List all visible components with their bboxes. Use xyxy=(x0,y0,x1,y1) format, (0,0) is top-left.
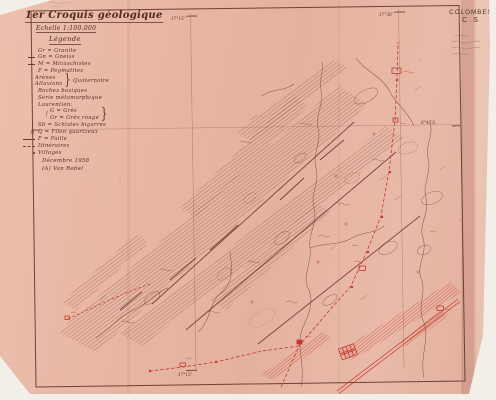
legend-row-pegmatites: P = Pegmatites xyxy=(22,68,192,75)
legend-row-gneiss: Gn = Gneiss xyxy=(22,54,192,61)
brace-glyph: } xyxy=(64,72,71,91)
legend-group-quaternaire: Arènes Alluvions } Quaternaire xyxy=(35,75,192,89)
legend-row-itineraires: Itinéraires xyxy=(22,143,192,150)
legend-row-villages: Villages xyxy=(22,150,192,157)
legend-row-serie-metamorphique: Série métamorphique xyxy=(22,95,192,102)
margin-scribble xyxy=(48,2,72,7)
legend-row-micaschistes: M = Micaschistes xyxy=(22,61,192,68)
sheet-name: COLOMBES xyxy=(447,9,495,16)
graticule-label-lat-right: 8°45'S xyxy=(421,120,435,125)
quaternaire-item-alluvions: Alluvions xyxy=(35,81,62,88)
legend-list: Gr = Granite Gn = Gneiss M = Micaschiste… xyxy=(22,48,192,157)
faille-symbol xyxy=(22,139,35,140)
filon-symbol: // xyxy=(22,129,35,137)
legend-row-roches-basiques: Roches basiques xyxy=(22,88,192,95)
micaschistes-symbol xyxy=(22,64,35,65)
sheet-corner-label: COLOMBES C.S xyxy=(447,9,495,24)
gres-symbol: / xyxy=(35,111,48,119)
village-symbol xyxy=(22,152,35,154)
itineraire-symbol xyxy=(22,146,35,147)
brace-glyph: } xyxy=(101,106,108,125)
quaternaire-label: Quaternaire xyxy=(73,78,109,85)
scanned-map-sheet: 1er Croquis géologique Echelle 1:100.000… xyxy=(0,0,496,400)
graticule-label-lon-right-top: 17°30' xyxy=(379,12,393,17)
sheet-code: C.S xyxy=(447,17,495,24)
legend-group-gres: / G = Grès Gr = Grès rouge } xyxy=(35,108,192,122)
title-block: 1er Croquis géologique Echelle 1:100.000… xyxy=(22,10,192,157)
paper-sheet: 1er Croquis géologique Echelle 1:100.000… xyxy=(0,0,496,400)
map-author: (A) Van Rebel xyxy=(42,165,89,173)
map-date: Décembre 1958 xyxy=(42,157,89,165)
map-title: 1er Croquis géologique xyxy=(25,10,163,23)
graticule-label-lon-left-bottom: 17°15' xyxy=(178,372,192,377)
gres-rouge-item: Gr = Grès rouge xyxy=(50,115,99,122)
graticule-label-lon-left-top: 17°15' xyxy=(171,16,185,21)
red-hatch-zones xyxy=(262,282,462,380)
map-scale: Echelle 1:100.000 xyxy=(36,25,96,34)
legend-row-filon: //Q = Filon quartzeux xyxy=(22,129,192,137)
quaternaire-item-arenes: Arènes xyxy=(35,75,62,82)
legend-heading: Légende xyxy=(49,35,81,45)
gneiss-symbol xyxy=(22,57,35,58)
footer-block: Décembre 1958 (A) Van Rebel xyxy=(42,157,89,173)
legend-row-granite: Gr = Granite xyxy=(22,48,192,55)
